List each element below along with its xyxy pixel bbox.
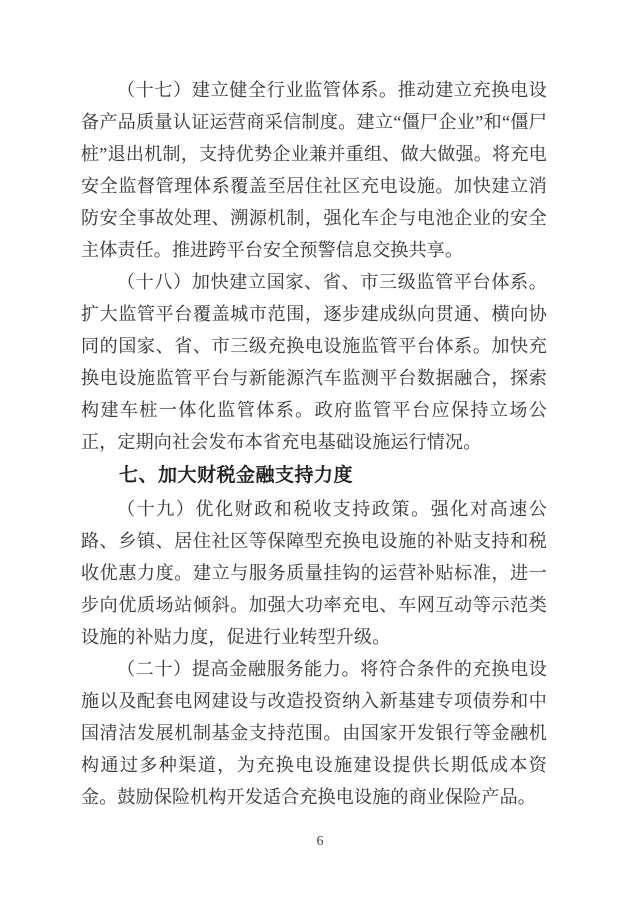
document-page: （十七）建立健全行业监管体系。推动建立充换电设备产品质量认证运营商采信制度。建立…	[0, 0, 640, 905]
paragraph-item-17: （十七）建立健全行业监管体系。推动建立充换电设备产品质量认证运营商采信制度。建立…	[81, 74, 547, 266]
page-content: （十七）建立健全行业监管体系。推动建立充换电设备产品质量认证运营商采信制度。建立…	[81, 74, 547, 813]
paragraph-item-19: （十九）优化财政和税收支持政策。强化对高速公路、乡镇、居住社区等保障型充换电设施…	[81, 493, 547, 653]
paragraph-item-20: （二十）提高金融服务能力。将符合条件的充换电设施以及配套电网建设与改造投资纳入新…	[81, 653, 547, 813]
paragraph-item-18: （十八）加快建立国家、省、市三级监管平台体系。扩大监管平台覆盖城市范围，逐步建成…	[81, 266, 547, 458]
section-heading-7: 七、加大财税金融支持力度	[81, 460, 547, 492]
page-number: 6	[0, 832, 640, 852]
